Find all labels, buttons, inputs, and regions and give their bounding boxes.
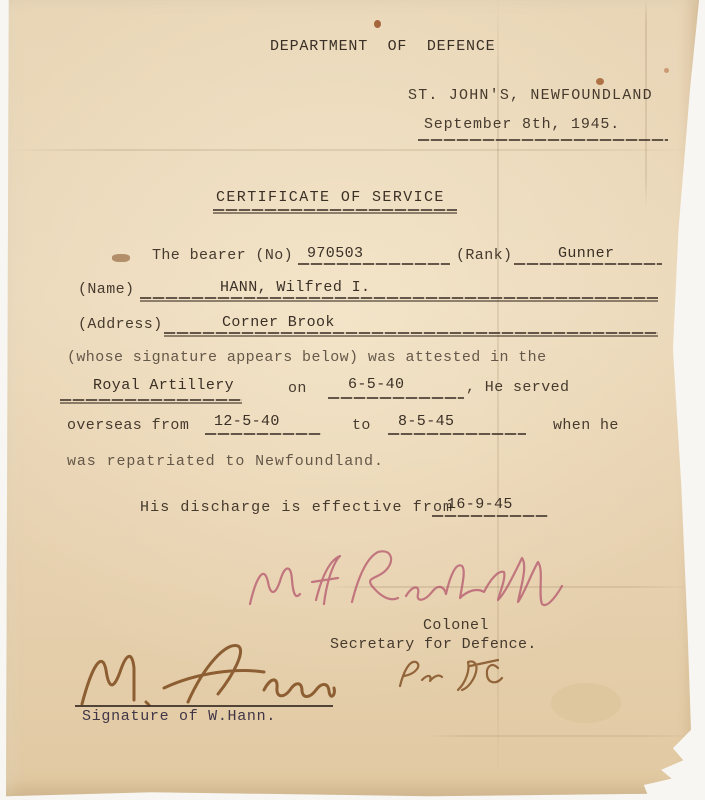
underline-overseas-to bbox=[388, 433, 526, 435]
on-label: on bbox=[288, 381, 307, 397]
underline-bearer-signature bbox=[75, 705, 333, 707]
underline-title bbox=[213, 209, 457, 211]
fold-crease-vertical-right bbox=[645, 0, 647, 208]
overseas-to-value: 8-5-45 bbox=[398, 414, 454, 430]
signature-caption: Signature of W.Hann. bbox=[82, 709, 276, 725]
fold-crease-horizontal-bottom bbox=[426, 735, 700, 737]
underline-rank bbox=[514, 263, 662, 265]
address-label: (Address) bbox=[78, 317, 163, 333]
underline-service-number bbox=[298, 263, 450, 265]
department-header: DEPARTMENT OF DEFENCE bbox=[270, 39, 495, 55]
repatriated-text: was repatriated to Newfoundland. bbox=[67, 454, 384, 470]
location-line: ST. JOHN'S, NEWFOUNDLAND bbox=[408, 88, 653, 104]
attestation-date-value: 6-5-40 bbox=[348, 377, 404, 393]
attested-text: (whose signature appears below) was atte… bbox=[67, 350, 546, 366]
bearer-signature bbox=[68, 638, 338, 713]
underline-attestation-date bbox=[328, 397, 464, 399]
service-number-value: 970503 bbox=[307, 246, 363, 262]
bearer-label: The bearer (No) bbox=[152, 248, 293, 264]
name-value: HANN, Wilfred I. bbox=[220, 280, 370, 296]
overseas-from-value: 12-5-40 bbox=[214, 414, 280, 430]
to-label: to bbox=[352, 418, 371, 434]
document-scan: DEPARTMENT OF DEFENCE ST. JOHN'S, NEWFOU… bbox=[0, 0, 705, 800]
official-rank: Colonel bbox=[423, 618, 489, 634]
underline-overseas-from bbox=[205, 433, 321, 435]
underline-date bbox=[418, 139, 668, 141]
stain-spot-top bbox=[374, 20, 381, 28]
underline-name bbox=[140, 297, 658, 299]
served-text: , He served bbox=[466, 380, 569, 396]
fold-crease-horizontal-top bbox=[6, 149, 700, 151]
signature-stroke bbox=[250, 551, 562, 605]
underline-unit bbox=[60, 399, 242, 401]
underline-discharge-date bbox=[432, 515, 548, 517]
underline-address bbox=[164, 332, 658, 334]
name-label: (Name) bbox=[78, 282, 134, 298]
certificate-title: CERTIFICATE OF SERVICE bbox=[216, 190, 445, 206]
date-line: September 8th, 1945. bbox=[424, 117, 620, 133]
per-initials-signature bbox=[386, 650, 506, 695]
discharge-date-value: 16-9-45 bbox=[447, 497, 513, 513]
when-text: when he bbox=[553, 418, 619, 434]
address-value: Corner Brook bbox=[222, 315, 335, 331]
rank-value: Gunner bbox=[558, 246, 614, 262]
stain-blotch-bottom bbox=[551, 683, 621, 723]
signature-stroke bbox=[400, 660, 502, 690]
overseas-label: overseas from bbox=[67, 418, 189, 434]
stain-spot-right bbox=[596, 78, 604, 85]
signature-stroke bbox=[82, 646, 334, 705]
unit-value: Royal Artillery bbox=[93, 378, 234, 394]
official-signature-red-ink bbox=[228, 542, 568, 622]
stain-smudge-left bbox=[112, 254, 130, 262]
discharge-label: His discharge is effective from bbox=[140, 500, 453, 516]
rank-label: (Rank) bbox=[456, 248, 512, 264]
stain-spot-corner bbox=[664, 68, 669, 73]
